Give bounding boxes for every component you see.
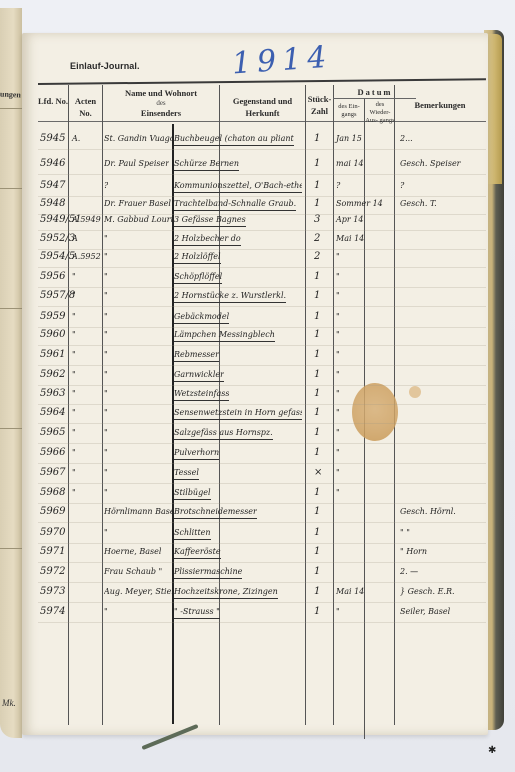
header-datum-eingang: des Ein- gangs bbox=[334, 103, 364, 119]
header-datum-ausgang: des Wieder- Aus- gangs bbox=[365, 101, 395, 125]
stueck-zahl-cell: 1 bbox=[314, 180, 320, 192]
eingang-date-cell: " bbox=[336, 407, 340, 419]
einsender-cell: " bbox=[104, 527, 108, 539]
stueck-zahl-cell: 1 bbox=[314, 546, 320, 558]
bemerkungen-cell: ? bbox=[400, 180, 404, 192]
einsender-cell: " bbox=[104, 271, 108, 283]
einsender-cell: " bbox=[104, 447, 108, 459]
row-guide-line bbox=[38, 249, 486, 250]
row-guide-line bbox=[38, 602, 486, 603]
gegenstand-cell: Kommunionszettel, O'Bach-ethen bbox=[174, 180, 302, 193]
row-guide-line bbox=[38, 287, 486, 288]
previous-page-edge: ungen Mk. bbox=[0, 8, 22, 738]
row-guide-line bbox=[38, 385, 486, 386]
lfd-no-cell: 5960 bbox=[40, 329, 65, 341]
stueck-zahl-cell: 1 bbox=[314, 447, 320, 459]
table-row: 5966""Pulverhorn1" bbox=[22, 447, 488, 467]
eingang-date-cell: Mai 14 bbox=[336, 233, 364, 245]
table-row: 5954/5A.5952"2 Holzlöffel2" bbox=[22, 251, 488, 271]
row-guide-line bbox=[38, 404, 486, 405]
row-guide-line bbox=[38, 345, 486, 346]
table-row: 5947?Kommunionszettel, O'Bach-ethen1?? bbox=[22, 180, 488, 200]
einsender-cell: " bbox=[104, 329, 108, 341]
row-guide-line bbox=[38, 306, 486, 307]
einsender-cell: Frau Schaub " bbox=[104, 566, 162, 578]
eingang-date-cell: mai 14 bbox=[336, 158, 364, 170]
acten-no-cell: " bbox=[72, 427, 76, 439]
previous-page-rule bbox=[0, 188, 22, 189]
lfd-no-cell: 5946 bbox=[40, 158, 65, 170]
row-guide-line bbox=[38, 562, 486, 563]
bemerkungen-cell: " Horn bbox=[400, 546, 427, 558]
row-guide-line bbox=[38, 622, 486, 623]
eingang-date-cell: " bbox=[336, 369, 340, 381]
gegenstand-cell: Plissiermaschine bbox=[174, 566, 242, 579]
gegenstand-cell: Schöpflöffel bbox=[174, 271, 222, 284]
gegenstand-cell: 2 Holzlöffel bbox=[174, 251, 221, 264]
bemerkungen-cell: Gesch. Hörnl. bbox=[400, 506, 456, 518]
einsender-cell: " bbox=[104, 407, 108, 419]
header-lfd-no: Lfd. No. bbox=[38, 95, 68, 107]
year-annotation: 1914 bbox=[231, 40, 334, 82]
acten-no-cell: " bbox=[72, 447, 76, 459]
row-guide-line bbox=[38, 230, 486, 231]
eingang-date-cell: " bbox=[336, 427, 340, 439]
table-row: 5963""Wetzsteinfass1" bbox=[22, 388, 488, 408]
stueck-zahl-cell: 1 bbox=[314, 349, 320, 361]
stueck-zahl-cell: 1 bbox=[314, 133, 320, 145]
row-guide-line bbox=[38, 443, 486, 444]
gegenstand-cell: Rebmesser bbox=[174, 349, 219, 362]
stueck-zahl-cell: 3 bbox=[314, 214, 320, 226]
gegenstand-cell: Trachtelband-Schnalle Graub. bbox=[174, 198, 296, 211]
header-einsender-main: Name und Wohnort bbox=[125, 88, 197, 98]
bemerkungen-cell: Seiler, Basel bbox=[400, 606, 450, 618]
lfd-no-cell: 5964 bbox=[40, 407, 65, 419]
bemerkungen-cell: 2... bbox=[400, 133, 413, 145]
einsender-cell: " bbox=[104, 487, 108, 499]
gegenstand-cell: Hochzeitskrone, Zizingen bbox=[174, 586, 278, 599]
row-guide-line bbox=[38, 543, 486, 544]
einsender-cell: " bbox=[104, 388, 108, 400]
stueck-zahl-cell: 1 bbox=[314, 487, 320, 499]
row-guide-line bbox=[38, 174, 486, 175]
table-row: 5962""Garnwickler1" bbox=[22, 369, 488, 389]
acten-no-cell: " bbox=[72, 329, 76, 341]
einsender-cell: Dr. Frauer Basel bbox=[104, 198, 171, 210]
row-guide-line bbox=[38, 483, 486, 484]
einsender-cell: " bbox=[104, 427, 108, 439]
lfd-no-cell: 5954/5 bbox=[40, 251, 75, 263]
gegenstand-cell: Garnwickler bbox=[174, 369, 224, 382]
journal-page: Einlauf-Journal. 1914 Lfd. No. Acten No.… bbox=[22, 33, 488, 735]
acten-no-cell: " bbox=[72, 290, 76, 302]
previous-page-rule bbox=[0, 548, 22, 549]
einsender-cell: " bbox=[104, 233, 108, 245]
stueck-zahl-cell: 1 bbox=[314, 369, 320, 381]
row-guide-line bbox=[38, 423, 486, 424]
ink-blot: ✱ bbox=[488, 745, 496, 756]
einsender-cell: Hörnlimann Basel bbox=[104, 506, 172, 518]
einsender-cell: M. Gabbud Lourtier bbox=[104, 214, 172, 226]
stueck-zahl-cell: 1 bbox=[314, 158, 320, 170]
eingang-date-cell: " bbox=[336, 271, 340, 283]
gegenstand-cell: Schlitten bbox=[174, 527, 211, 540]
row-guide-line bbox=[38, 582, 486, 583]
stueck-zahl-cell: 1 bbox=[314, 606, 320, 618]
eingang-date-cell: Jan 15 bbox=[336, 133, 362, 145]
header-einsender: Name und Wohnort des Einsenders bbox=[103, 87, 219, 119]
acten-no-cell: " bbox=[72, 407, 76, 419]
lfd-no-cell: 5972 bbox=[40, 566, 65, 578]
eingang-date-cell: " bbox=[336, 487, 340, 499]
row-guide-line bbox=[38, 522, 486, 523]
stueck-zahl-cell: 1 bbox=[314, 271, 320, 283]
eingang-date-cell: " bbox=[336, 388, 340, 400]
table-row: 5971Hoerne, BaselKaffeeröste1" Horn bbox=[22, 546, 488, 566]
table-row: 5970"Schlitten1" " bbox=[22, 527, 488, 547]
gegenstand-cell: Sensenwetzstein in Horn gefasst bbox=[174, 407, 302, 420]
acten-no-cell: " bbox=[72, 388, 76, 400]
eingang-date-cell: " bbox=[336, 467, 340, 479]
previous-page-rule bbox=[0, 428, 22, 429]
acten-no-cell: A bbox=[72, 233, 78, 245]
previous-page-footer-fragment: Mk. bbox=[2, 698, 16, 708]
bemerkungen-cell: 2. — bbox=[400, 566, 418, 578]
bemerkungen-cell: Gesch. Speiser bbox=[400, 158, 461, 170]
gegenstand-cell: Buchbeugel (chaton au pliant bbox=[174, 133, 294, 146]
table-row: 5945A.St. Gandin Vuagondray près Grandso… bbox=[22, 133, 488, 153]
table-row: 5969Hörnlimann BaselBrotschneidemesser1G… bbox=[22, 506, 488, 526]
stueck-zahl-cell: 2 bbox=[314, 251, 320, 263]
table-row: 5972Frau Schaub "Plissiermaschine12. — bbox=[22, 566, 488, 586]
table-row: 5965""Salzgefäss aus Hornspz.1" bbox=[22, 427, 488, 447]
gegenstand-cell: 2 Holzbecher do bbox=[174, 233, 241, 246]
acten-no-cell: " bbox=[72, 271, 76, 283]
table-row: 5957/8""2 Hornstücke z. Wurstlerkl.1" bbox=[22, 290, 488, 310]
gegenstand-cell: Pulverhorn bbox=[174, 447, 219, 460]
gegenstand-cell: Kaffeeröste bbox=[174, 546, 221, 559]
stueck-zahl-cell: 1 bbox=[314, 290, 320, 302]
stueck-zahl-cell: 1 bbox=[314, 198, 320, 210]
header-gegenstand: Gegenstand und Herkunft bbox=[220, 95, 305, 119]
previous-page-rule bbox=[0, 308, 22, 309]
stueck-zahl-cell: × bbox=[314, 467, 322, 479]
lfd-no-cell: 5957/8 bbox=[40, 290, 75, 302]
acten-no-cell: " bbox=[72, 311, 76, 323]
lfd-no-cell: 5970 bbox=[40, 527, 65, 539]
table-row: 5952/3A"2 Holzbecher do2Mai 14 bbox=[22, 233, 488, 253]
previous-page-header-fragment: ungen bbox=[0, 89, 21, 99]
einsender-cell: " bbox=[104, 251, 108, 263]
gegenstand-cell: Tessel bbox=[174, 467, 199, 480]
acten-no-cell: A.5952 bbox=[72, 251, 101, 263]
gegenstand-cell: Stilbügel bbox=[174, 487, 211, 500]
table-row: 5973Aug. Meyer, StiehHochzeitskrone, Ziz… bbox=[22, 586, 488, 606]
page-title: Einlauf-Journal. bbox=[70, 61, 140, 71]
einsender-cell: " bbox=[104, 369, 108, 381]
row-guide-line bbox=[38, 267, 486, 268]
table-row: 5960""Lämpchen Messingblech1" bbox=[22, 329, 488, 349]
header-acten-no: Acten No. bbox=[69, 95, 102, 119]
table-row: 5946Dr. Paul SpeiserSchürze Bernen1mai 1… bbox=[22, 158, 488, 178]
einsender-cell: " bbox=[104, 290, 108, 302]
gegenstand-cell: Schürze Bernen bbox=[174, 158, 239, 171]
acten-no-cell: A 5949 bbox=[72, 214, 101, 226]
bemerkungen-cell: " " bbox=[400, 527, 410, 539]
gegenstand-cell: " -Strauss " bbox=[174, 606, 220, 619]
lfd-no-cell: 5971 bbox=[40, 546, 65, 558]
header-stueck-zahl: Stück- Zahl bbox=[306, 93, 333, 117]
lfd-no-cell: 5967 bbox=[40, 467, 65, 479]
gegenstand-cell: Gebäckmodel bbox=[174, 311, 229, 324]
bemerkungen-cell: Gesch. T. bbox=[400, 198, 437, 210]
stueck-zahl-cell: 1 bbox=[314, 427, 320, 439]
header-bemerkungen: Bemerkungen bbox=[395, 99, 485, 111]
eingang-date-cell: Apr 14 bbox=[336, 214, 363, 226]
acten-no-cell: " bbox=[72, 369, 76, 381]
table-row: 5959""Gebäckmodel1" bbox=[22, 311, 488, 331]
eingang-date-cell: " bbox=[336, 311, 340, 323]
header-einsender-des: des bbox=[103, 99, 219, 107]
eingang-date-cell: " bbox=[336, 251, 340, 263]
acten-no-cell: " bbox=[72, 487, 76, 499]
gegenstand-cell: 2 Hornstücke z. Wurstlerkl. bbox=[174, 290, 286, 303]
stueck-zahl-cell: 1 bbox=[314, 566, 320, 578]
einsender-cell: " bbox=[104, 467, 108, 479]
lfd-no-cell: 5962 bbox=[40, 369, 65, 381]
gegenstand-cell: Wetzsteinfass bbox=[174, 388, 229, 401]
eingang-date-cell: " bbox=[336, 290, 340, 302]
lfd-no-cell: 5968 bbox=[40, 487, 65, 499]
table-row: 5956""Schöpflöffel1" bbox=[22, 271, 488, 291]
stueck-zahl-cell: 1 bbox=[314, 311, 320, 323]
table-row: 5964""Sensenwetzstein in Horn gefasst1" bbox=[22, 407, 488, 427]
header-datum: Datum bbox=[334, 86, 416, 98]
lfd-no-cell: 5963 bbox=[40, 388, 65, 400]
row-guide-line bbox=[38, 327, 486, 328]
stueck-zahl-cell: 1 bbox=[314, 407, 320, 419]
stueck-zahl-cell: 1 bbox=[314, 586, 320, 598]
gegenstand-cell: Salzgefäss aus Hornspz. bbox=[174, 427, 273, 440]
lfd-no-cell: 5948 bbox=[40, 198, 65, 210]
einsender-cell: ? bbox=[104, 180, 108, 192]
eingang-date-cell: " bbox=[336, 447, 340, 459]
acten-no-cell: " bbox=[72, 467, 76, 479]
stueck-zahl-cell: 1 bbox=[314, 527, 320, 539]
stueck-zahl-cell: 1 bbox=[314, 506, 320, 518]
einsender-cell: " bbox=[104, 349, 108, 361]
row-guide-line bbox=[38, 196, 486, 197]
gegenstand-cell: 3 Gefässe Bagnes bbox=[174, 214, 246, 227]
einsender-cell: " bbox=[104, 311, 108, 323]
table-row: 5961""Rebmesser1" bbox=[22, 349, 488, 369]
lfd-no-cell: 5956 bbox=[40, 271, 65, 283]
eingang-date-cell: " bbox=[336, 349, 340, 361]
table-row: 5968""Stilbügel1" bbox=[22, 487, 488, 507]
eingang-date-cell: Mai 14 bbox=[336, 586, 364, 598]
table-row: 5974"" -Strauss "1"Seiler, Basel bbox=[22, 606, 488, 626]
einsender-cell: Hoerne, Basel bbox=[104, 546, 161, 558]
header-einsender-sub: Einsenders bbox=[141, 108, 181, 118]
lfd-no-cell: 5961 bbox=[40, 349, 65, 361]
stueck-zahl-cell: 2 bbox=[314, 233, 320, 245]
gegenstand-cell: Lämpchen Messingblech bbox=[174, 329, 275, 342]
lfd-no-cell: 5952/3 bbox=[40, 233, 75, 245]
eingang-date-cell: " bbox=[336, 606, 340, 618]
table-row: 5949/51A 5949M. Gabbud Lourtier3 Gefässe… bbox=[22, 214, 488, 234]
row-guide-line bbox=[38, 463, 486, 464]
lfd-no-cell: 5965 bbox=[40, 427, 65, 439]
row-guide-line bbox=[38, 503, 486, 504]
einsender-cell: St. Gandin Vuagondray près Grandson bbox=[104, 133, 172, 145]
row-guide-line bbox=[38, 365, 486, 366]
lfd-no-cell: 5945 bbox=[40, 133, 65, 145]
lfd-no-cell: 5973 bbox=[40, 586, 65, 598]
eingang-date-cell: ? bbox=[336, 180, 340, 192]
eingang-date-cell: Sommer 14 bbox=[336, 198, 383, 210]
lfd-no-cell: 5966 bbox=[40, 447, 65, 459]
header-bottom-rule bbox=[38, 121, 486, 122]
acten-no-cell: A. bbox=[72, 133, 80, 145]
einsender-cell: Dr. Paul Speiser bbox=[104, 158, 169, 170]
lfd-no-cell: 5959 bbox=[40, 311, 65, 323]
row-guide-line bbox=[38, 149, 486, 150]
stueck-zahl-cell: 1 bbox=[314, 388, 320, 400]
stueck-zahl-cell: 1 bbox=[314, 329, 320, 341]
einsender-cell: " bbox=[104, 606, 108, 618]
eingang-date-cell: " bbox=[336, 329, 340, 341]
lfd-no-cell: 5947 bbox=[40, 180, 65, 192]
bemerkungen-cell: } Gesch. E.R. bbox=[400, 586, 455, 598]
acten-no-cell: " bbox=[72, 349, 76, 361]
previous-page-rule bbox=[0, 108, 22, 109]
table-row: 5967""Tessel×" bbox=[22, 467, 488, 487]
lfd-no-cell: 5969 bbox=[40, 506, 65, 518]
lfd-no-cell: 5974 bbox=[40, 606, 65, 618]
einsender-cell: Aug. Meyer, Stieh bbox=[104, 586, 172, 598]
gegenstand-cell: Brotschneidemesser bbox=[174, 506, 257, 519]
